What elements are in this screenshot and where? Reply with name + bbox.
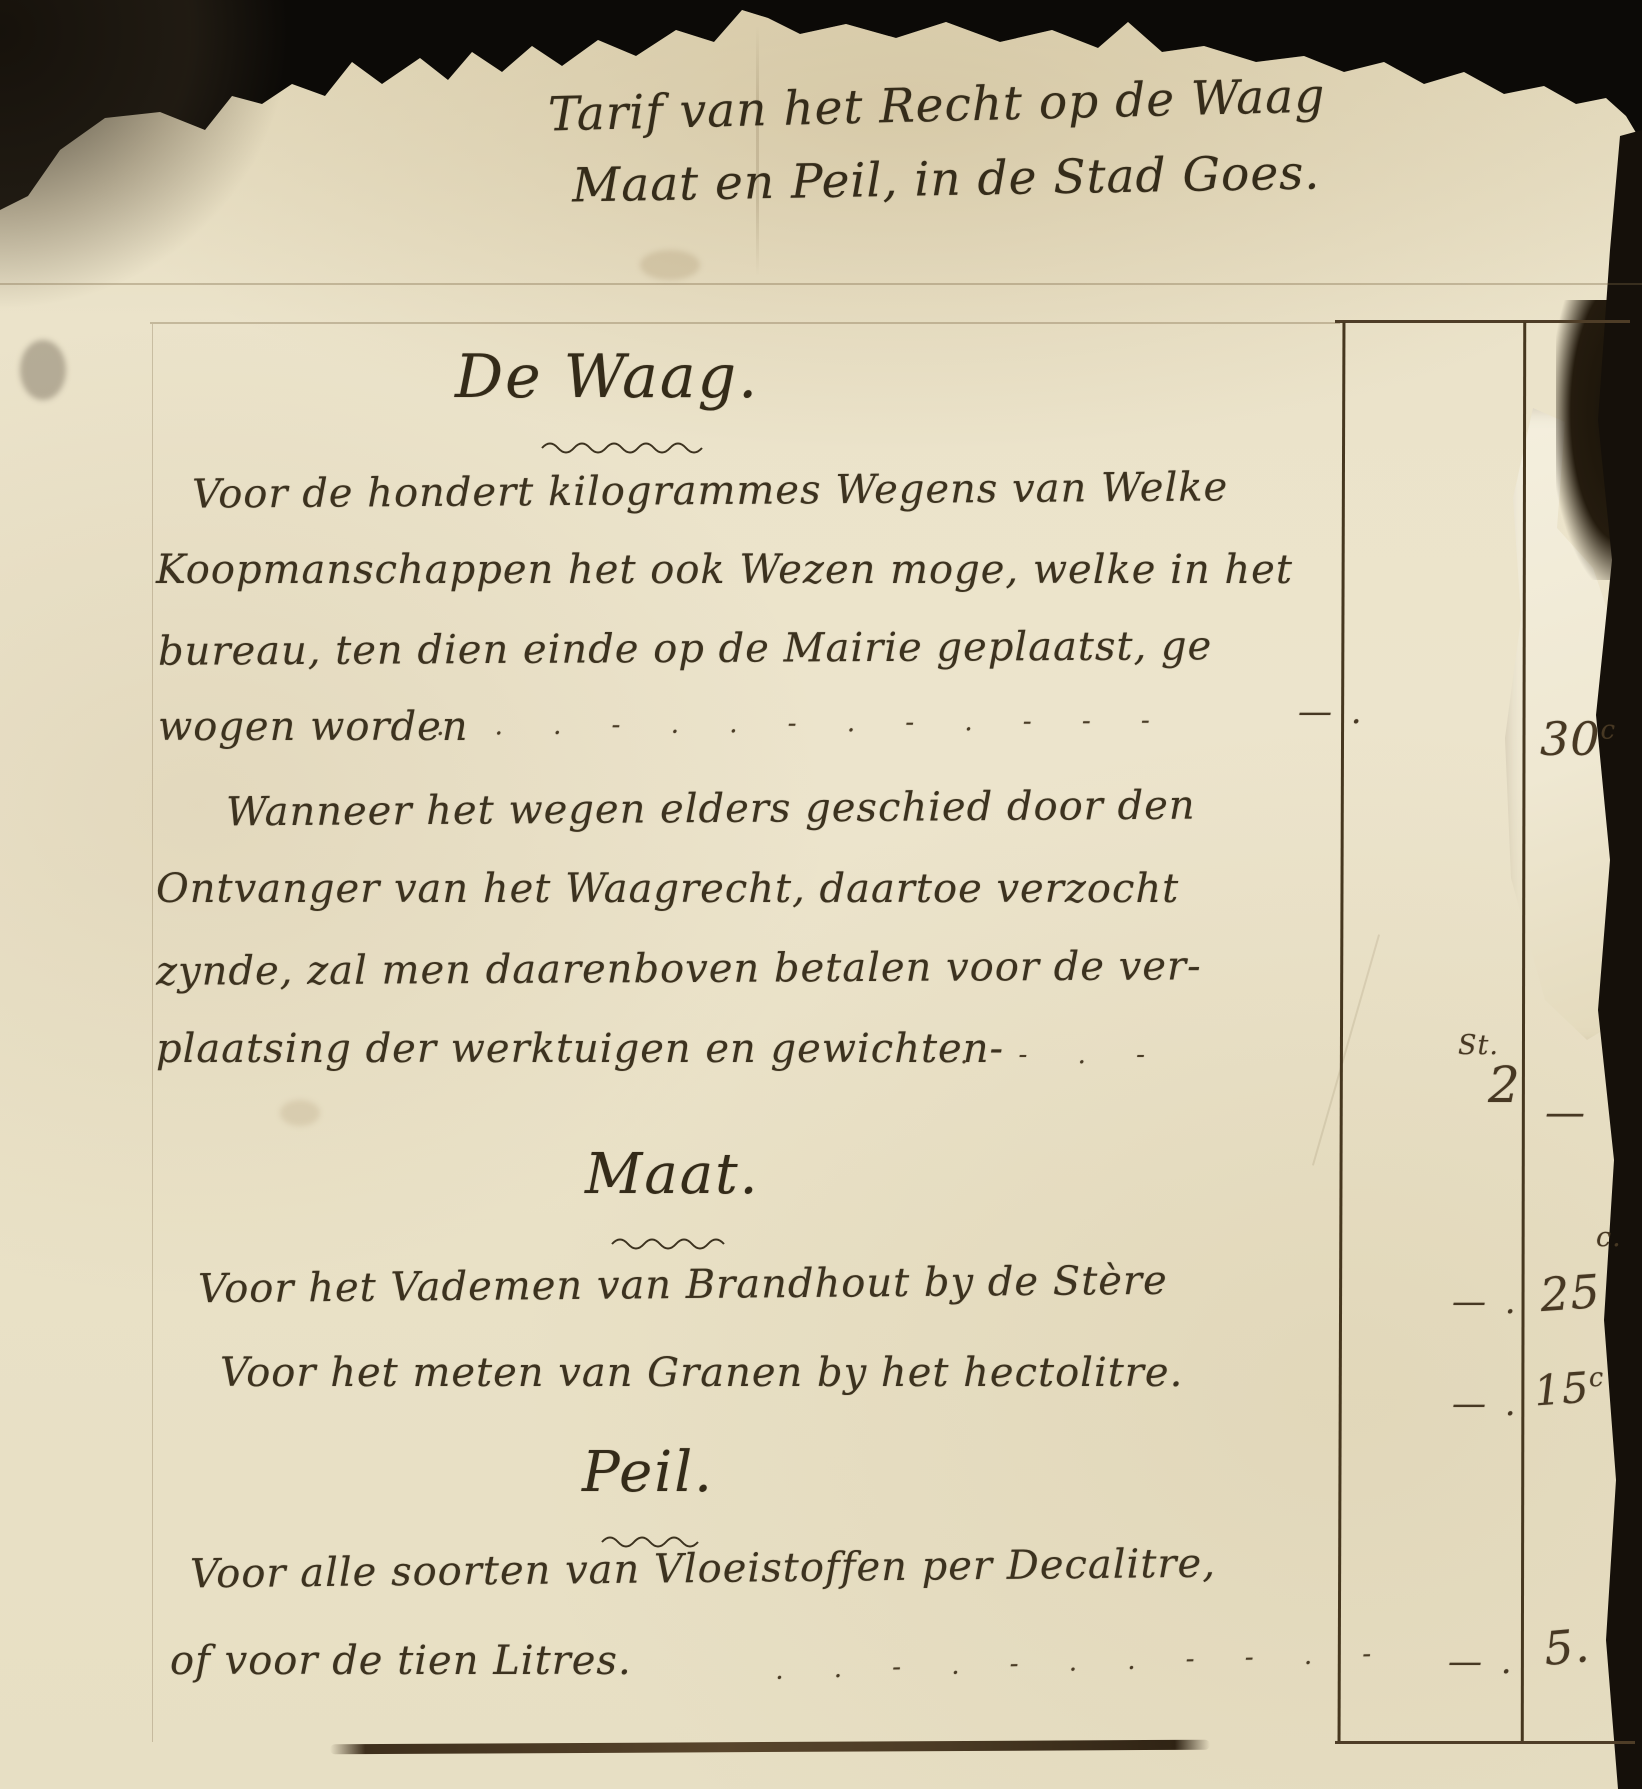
tariff-line: Voor het meten van Granen by het hectoli… xyxy=(220,1350,1183,1396)
section-heading-maat: Maat. xyxy=(585,1142,759,1207)
tariff-line: zynde, zal men daarenboven betalen voor … xyxy=(156,943,1202,994)
amount-number: 30 xyxy=(1540,712,1601,766)
amount-dash: — . xyxy=(1452,1282,1520,1322)
margin-rule xyxy=(152,324,153,1742)
tariff-line: Ontvanger van het Waagrecht, daartoe ver… xyxy=(156,866,1179,912)
amount-value: 30c xyxy=(1540,712,1616,766)
amount-value: 5. xyxy=(1542,1618,1592,1676)
torn-corner-shadow xyxy=(0,0,300,320)
tariff-line: plaatsing der werktuigen en gewichten- xyxy=(156,1026,1004,1072)
leader-dots: . - . - xyxy=(960,1040,1320,1070)
amount-unit: c xyxy=(1588,1363,1606,1394)
tariff-line: Voor het Vademen van Brandhout by de Stè… xyxy=(198,1258,1168,1312)
amount-dash: — . xyxy=(1448,1642,1516,1682)
ink-smudge xyxy=(20,340,66,400)
table-bottom-rule xyxy=(1335,1741,1635,1744)
tariff-line: Voor de hondert kilogrammes Wegens van W… xyxy=(192,464,1229,517)
paper-stain xyxy=(280,1100,320,1126)
scanned-document-page: Tarif van het Recht op de Waag Maat en P… xyxy=(0,0,1642,1789)
table-top-rule xyxy=(1335,320,1630,323)
paper-crease xyxy=(756,26,759,276)
tariff-line: bureau, ten dien einde op de Mairie gepl… xyxy=(158,623,1212,675)
section-heading-waag: De Waag. xyxy=(455,342,759,412)
tariff-line: wogen worden xyxy=(158,704,469,750)
section-heading-peil: Peil. xyxy=(582,1440,714,1505)
faint-top-rule xyxy=(0,283,1642,285)
amount-value: 2 xyxy=(1488,1056,1521,1114)
tariff-line: Koopmanschappen het ook Wezen moge, welk… xyxy=(156,547,1293,593)
table-top-rule-left xyxy=(150,322,1340,324)
heading-underline xyxy=(610,1234,740,1250)
amount-value: 25 xyxy=(1538,1264,1602,1322)
tariff-line: Wanneer het wegen elders geschied door d… xyxy=(226,783,1196,836)
amount-unit: c xyxy=(1601,716,1617,746)
amount-value: 15c xyxy=(1532,1362,1606,1416)
heading-underline xyxy=(540,438,720,454)
amount-dash: — . xyxy=(1452,1384,1520,1424)
tariff-line: of voor de tien Litres. xyxy=(170,1638,632,1684)
amount-number: 15 xyxy=(1532,1363,1591,1416)
amount-dash: — xyxy=(1545,1090,1589,1136)
amount-dash: — . xyxy=(1298,692,1366,732)
paper-stain xyxy=(640,250,700,280)
column-header-cents: c. xyxy=(1596,1222,1622,1253)
